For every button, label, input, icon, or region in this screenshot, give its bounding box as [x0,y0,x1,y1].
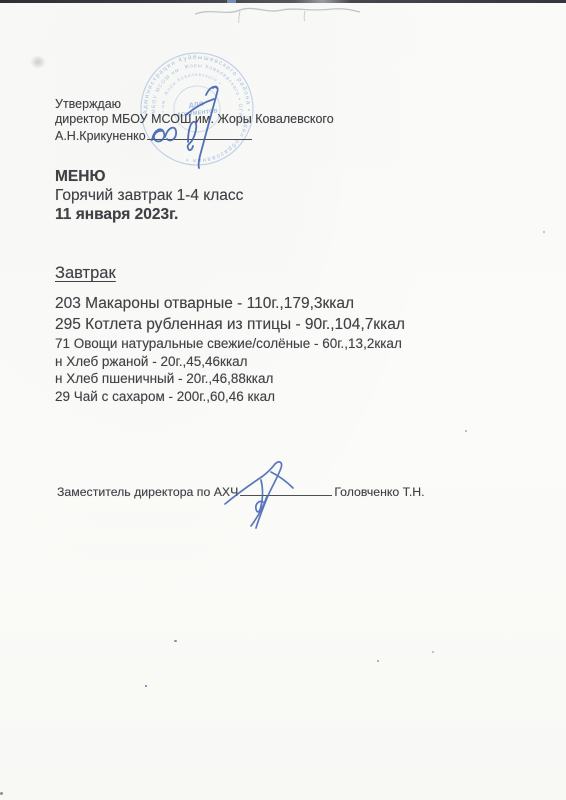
menu-date: 11 января 2023г. [55,205,243,224]
scanned-menu-document: Администрации Куйбышевского района • отд… [0,0,566,800]
menu-item: 203 Макароны отварные - 110г.,179,3ккал [55,294,405,315]
menu-subtitle: Горячий завтрак 1-4 класс [55,186,243,205]
menu-item: 29 Чай с сахаром - 200г.,60,46 ккал [55,388,405,406]
menu-title-block: МЕНЮ Горячий завтрак 1-4 класс 11 января… [55,167,243,224]
pencil-scribble-bleedthrough [190,2,370,26]
paper-speck [0,792,3,795]
menu-title: МЕНЮ [55,167,243,186]
menu-item: н Хлеб ржаной - 20г.,45,46ккал [55,353,405,371]
paper-speck [377,660,379,662]
paper-smudge [30,55,46,69]
deputy-name: Головченко Т.Н. [334,485,424,499]
menu-item: 295 Котлета рубленная из птицы - 90г.,10… [55,315,405,336]
breakfast-heading: Завтрак [55,264,116,283]
paper-speck [543,231,545,233]
menu-items-list: 203 Макароны отварные - 110г.,179,3ккал … [55,294,405,405]
paper-speck [465,430,467,432]
scan-ink-mark [227,0,236,3]
paper-speck [145,685,147,687]
deputy-handwritten-signature [205,452,300,534]
paper-speck [174,640,177,642]
menu-item: 71 Овощи натуральные свежие/солёные - 60… [55,335,405,353]
director-handwritten-signature [145,82,225,174]
paper-speck [432,651,434,653]
menu-item: н Хлеб пшеничный - 20г.,46,88ккал [55,370,405,388]
director-name: А.Н.Крикуненко [55,129,146,143]
